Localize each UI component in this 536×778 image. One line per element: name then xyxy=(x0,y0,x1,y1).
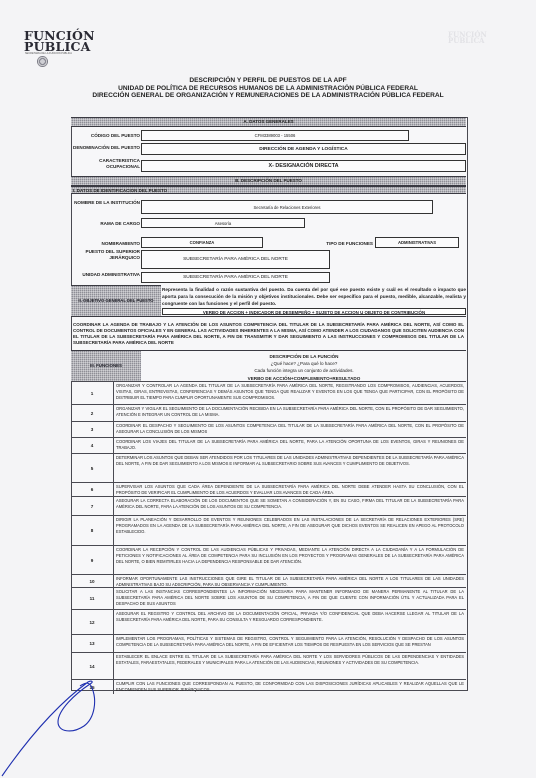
function-number: 8 xyxy=(71,528,113,533)
function-number: 5 xyxy=(71,466,113,471)
function-number: 9 xyxy=(71,558,113,563)
tipo-funciones-label: TIPO DE FUNCIONES xyxy=(305,241,373,247)
institucion-field: Secretaría de Relaciones Exteriores xyxy=(141,200,433,214)
function-number: 11 xyxy=(71,596,113,601)
codigo-field: CFM3389003 - 15506 xyxy=(141,130,409,141)
function-row: 10INFORMAR OPORTUNAMENTE LAS INSTRUCCION… xyxy=(71,574,466,587)
function-row: 11SOLICITAR A LAS INSTANCIAS CORRESPONDI… xyxy=(71,587,466,609)
function-row: 4COORDINAR LOS VIAJES DEL TITULAR DE LA … xyxy=(71,437,466,453)
funciones-label: III. FUNCIONES xyxy=(71,363,141,368)
document-title: DESCRIPCIÓN Y PERFIL DE PUESTOS DE LA AP… xyxy=(0,77,536,85)
funciones-head-question: ¿Qué hace? ¿Para qué lo hace? xyxy=(142,360,466,367)
function-description: COORDINAR LA RECEPCIÓN Y CONTROL DE LAS … xyxy=(116,547,464,565)
column-divider xyxy=(113,546,114,574)
column-divider xyxy=(113,422,114,437)
function-description: ASEGURAR LA CORRECTA ELABORACIÓN DE LOS … xyxy=(116,498,464,510)
handwritten-signature xyxy=(0,670,120,778)
function-row: 7ASEGURAR LA CORRECTA ELABORACIÓN DE LOS… xyxy=(71,496,466,515)
function-row: 13IMPLEMENTAR LOS PROGRAMAS, POLÍTICAS Y… xyxy=(71,634,466,652)
section-a-header: A. DATOS GENERALES xyxy=(71,117,466,127)
function-description: DETERMINAR LOS ASUNTOS QUE DEBAN SER ATE… xyxy=(116,455,464,467)
function-row: 12ASEGURAR EL REGISTRO Y CONTROL DEL ARC… xyxy=(71,609,466,634)
column-divider xyxy=(113,575,114,587)
function-number: 4 xyxy=(71,443,113,448)
section-b-subheader: I. DATOS DE IDENTIFICACION DEL PUESTO xyxy=(71,186,466,194)
function-row: 5DETERMINAR LOS ASUNTOS QUE DEBAN SER AT… xyxy=(71,453,466,482)
function-description: COORDINAR LOS VIAJES DEL TITULAR DE LA S… xyxy=(116,439,464,451)
function-row: 15CUMPLIR CON LAS FUNCIONES QUE CORRESPO… xyxy=(71,679,466,694)
function-row: 8DIRIGIR LA PLANEACIÓN Y DESARROLLO DE E… xyxy=(71,515,466,545)
divider xyxy=(71,316,466,317)
function-description: IMPLEMENTAR LOS PROGRAMAS, POLÍTICAS Y S… xyxy=(116,636,464,648)
column-divider xyxy=(113,438,114,453)
superior-field: SUBSECRETARÍA PARA AMÉRICA DEL NORTE xyxy=(141,250,330,269)
objetivo-label: II. OBJETIVO GENERAL DEL PUESTO xyxy=(71,298,161,303)
function-description: SUPERVISAR LOS ASUNTOS QUE CADA ÁREA DEP… xyxy=(116,484,464,496)
function-number: 1 xyxy=(71,391,113,396)
institucion-label: NOMBRE DE LA INSTITUCIÓN xyxy=(72,200,140,206)
function-description: COORDINAR EL DESPACHO Y SEGUIMIENTO DE L… xyxy=(116,423,464,435)
denominacion-field: DIRECCIÓN DE AGENDA Y LOGÍSTICA xyxy=(141,143,466,155)
function-row: 6SUPERVISAR LOS ASUNTOS QUE CADA ÁREA DE… xyxy=(71,482,466,496)
function-description: SOLICITAR A LAS INSTANCIAS CORRESPONDIEN… xyxy=(116,589,464,607)
column-divider xyxy=(113,516,114,545)
function-number: 2 xyxy=(71,411,113,416)
ghost-watermark: FUNCIÓN PÚBLICA xyxy=(448,32,487,44)
funciones-head-title: DESCRIPCIÓN DE LA FUNCIÓN xyxy=(142,353,466,360)
logo-tagline: SECRETARÍA DE LA FUNCIÓN PÚBLICA xyxy=(25,52,79,55)
objetivo-guidance: Representa la finalidad o razón sustanti… xyxy=(162,286,466,307)
codigo-label: CÓDIGO DEL PUESTO xyxy=(72,133,140,139)
column-divider xyxy=(113,483,114,496)
function-number: 7 xyxy=(71,504,113,509)
rama-label: RAMA DE CARGO xyxy=(72,221,140,227)
document-header: DESCRIPCIÓN Y PERFIL DE PUESTOS DE LA AP… xyxy=(0,77,536,100)
funciones-head-note: Cada función integra un conjunto de acti… xyxy=(142,367,466,374)
column-divider xyxy=(113,588,114,609)
function-row: 3COORDINAR EL DESPACHO Y SEGUIMIENTO DE … xyxy=(71,421,466,437)
objetivo-text: COORDINAR LA AGENDA DE TRABAJO Y LA ATEN… xyxy=(73,322,464,346)
function-number: 3 xyxy=(71,427,113,432)
caracteristica-label: CARACTERISTICA OCUPACIONAL xyxy=(72,158,140,169)
rama-field: Asesoría xyxy=(141,218,305,228)
direction-title: DIRECCIÓN GENERAL DE ORGANIZACIÓN Y REMU… xyxy=(0,92,536,100)
function-description: ASEGURAR EL REGISTRO Y CONTROL DEL ARCHI… xyxy=(116,611,464,623)
nombramiento-label: NOMBRAMIENTO xyxy=(72,241,140,247)
function-number: 14 xyxy=(71,664,113,669)
funciones-label-cell: III. FUNCIONES xyxy=(71,351,141,381)
function-number: 12 xyxy=(71,620,113,625)
function-row: 1ORGANIZAR Y CONTROLAR LA AGENDA DEL TIT… xyxy=(71,381,466,404)
column-divider xyxy=(113,610,114,634)
function-row: 14ESTABLECER EL ENLACE ENTRE EL TITULAR … xyxy=(71,652,466,679)
function-description: CUMPLIR CON LAS FUNCIONES QUE CORRESPOND… xyxy=(116,681,464,693)
column-divider xyxy=(113,635,114,652)
function-description: ORGANIZAR Y CONTROLAR LA AGENDA DEL TITU… xyxy=(116,383,464,401)
unidad-label: UNIDAD ADMINISTRATIVA xyxy=(72,272,140,278)
column-divider xyxy=(113,454,114,482)
function-description: DIRIGIR LA PLANEACIÓN Y DESARROLLO DE EV… xyxy=(116,517,464,535)
unit-title: UNIDAD DE POLÍTICA DE RECURSOS HUMANOS D… xyxy=(0,85,536,93)
section-b-header: B. DESCRIPCIÓN DEL PUESTO xyxy=(71,176,466,186)
function-description: ESTABLECER EL ENLACE ENTRE EL TITULAR DE… xyxy=(116,654,464,666)
national-seal-icon xyxy=(37,56,48,67)
function-number: 13 xyxy=(71,641,113,646)
function-description: ORGANIZAR Y VIGILAR EL SEGUIMIENTO DE LA… xyxy=(116,406,464,418)
function-number: 10 xyxy=(71,579,113,584)
funciones-header: DESCRIPCIÓN DE LA FUNCIÓN ¿Qué hace? ¿Pa… xyxy=(142,353,466,382)
objetivo-label-cell: II. OBJETIVO GENERAL DEL PUESTO xyxy=(71,285,161,316)
column-divider xyxy=(113,382,114,404)
denominacion-label: DENOMINACIÓN DEL PUESTO xyxy=(72,145,140,151)
function-number: 6 xyxy=(71,487,113,492)
function-row: 9COORDINAR LA RECEPCIÓN Y CONTROL DE LAS… xyxy=(71,545,466,574)
column-divider xyxy=(113,405,114,421)
column-divider xyxy=(113,497,114,515)
objetivo-formula: VERBO DE ACCION + INDICADOR DE DESEMPEÑO… xyxy=(162,308,466,315)
caracteristica-field: X- DESIGNACIÓN DIRECTA xyxy=(141,160,466,172)
superior-label: PUESTO DEL SUPERIOR JERÁRQUICO xyxy=(72,249,140,260)
unidad-field: SUBSECRETARÍA PARA AMÉRICA DEL NORTE xyxy=(141,272,330,283)
function-row: 2ORGANIZAR Y VIGILAR EL SEGUIMIENTO DE L… xyxy=(71,404,466,421)
nombramiento-field: CONFIANZA xyxy=(141,237,263,248)
tipo-funciones-field: ADMINISTRATIVAS xyxy=(375,237,459,248)
